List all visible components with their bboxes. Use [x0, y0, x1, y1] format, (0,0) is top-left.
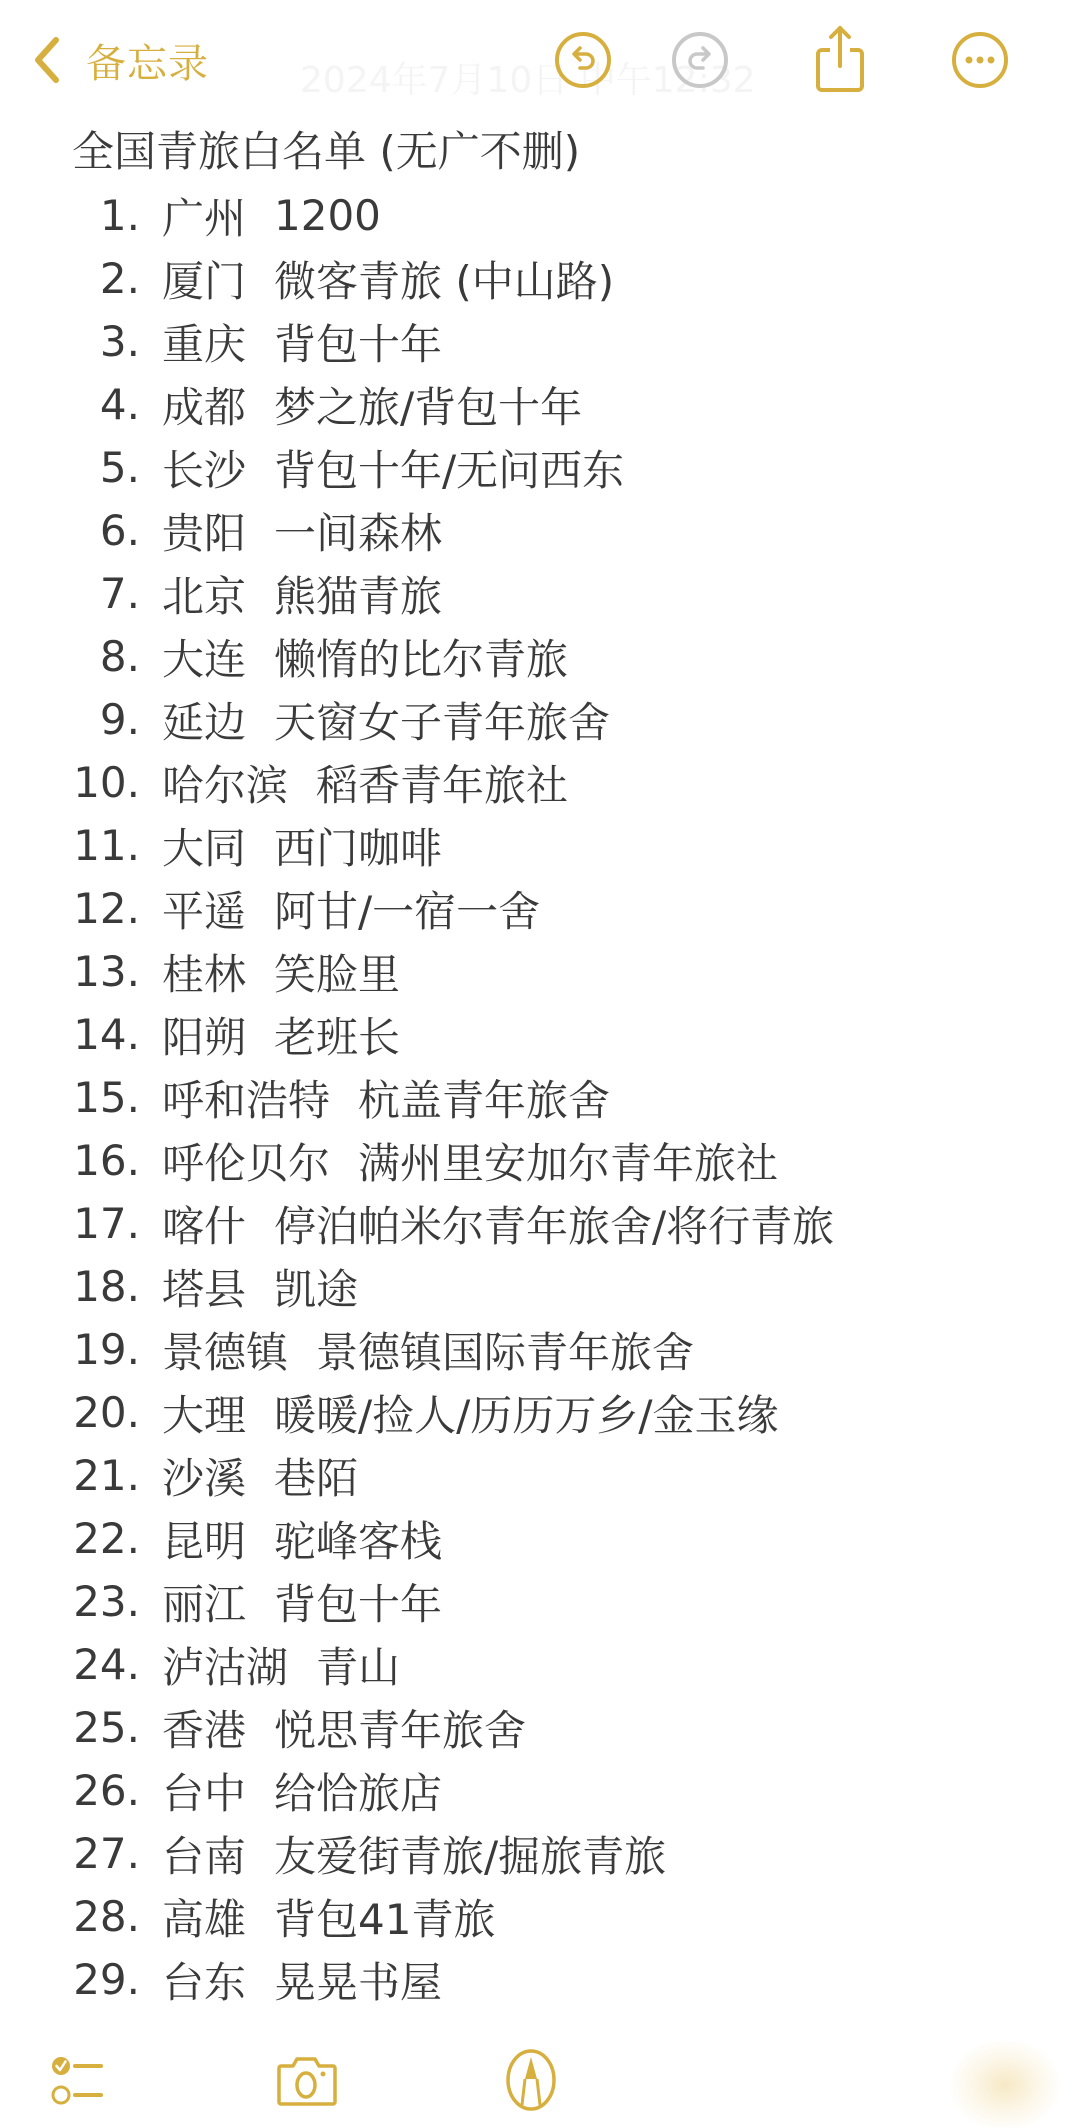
item-hostel: 笑脸里 — [274, 942, 400, 1002]
list-item: 24.泸沽湖青山 — [0, 1633, 1000, 1696]
compose-button[interactable] — [950, 2040, 1060, 2128]
list-item: 14.阳朔老班长 — [0, 1003, 1000, 1066]
checklist-button[interactable] — [42, 2045, 112, 2115]
item-city: 塔县 — [162, 1257, 246, 1317]
item-city: 成都 — [162, 375, 246, 435]
undo-button[interactable] — [553, 30, 613, 90]
item-city: 台南 — [162, 1824, 246, 1884]
share-button[interactable] — [810, 22, 870, 94]
item-number: 26. — [0, 1766, 140, 1815]
list-item: 12.平遥阿甘/一宿一舍 — [0, 877, 1000, 940]
item-city: 昆明 — [162, 1509, 246, 1569]
checklist-icon — [47, 2050, 107, 2110]
list-item: 2.厦门微客青旅 (中山路) — [0, 247, 1000, 310]
item-number: 22. — [0, 1514, 140, 1563]
item-city: 大连 — [162, 627, 246, 687]
undo-icon — [553, 30, 613, 90]
item-hostel: 悦思青年旅舍 — [274, 1698, 526, 1758]
item-city: 哈尔滨 — [162, 753, 288, 813]
redo-button[interactable] — [670, 30, 730, 90]
list-item: 15.呼和浩特杭盖青年旅舍 — [0, 1066, 1000, 1129]
item-hostel: 景德镇国际青年旅舍 — [316, 1320, 694, 1380]
list-item: 6.贵阳一间森林 — [0, 499, 1000, 562]
item-city: 桂林 — [162, 942, 246, 1002]
item-city: 香港 — [162, 1698, 246, 1758]
item-number: 7. — [0, 569, 140, 618]
item-city: 平遥 — [162, 879, 246, 939]
list-item: 8.大连懒惰的比尔青旅 — [0, 625, 1000, 688]
markup-button[interactable] — [496, 2045, 566, 2115]
item-number: 17. — [0, 1199, 140, 1248]
item-number: 15. — [0, 1073, 140, 1122]
item-city: 广州 — [162, 186, 246, 246]
item-number: 24. — [0, 1640, 140, 1689]
item-city: 大理 — [162, 1383, 246, 1443]
camera-icon — [275, 2050, 339, 2110]
item-hostel: 天窗女子青年旅舍 — [274, 690, 610, 750]
item-hostel: 懒惰的比尔青旅 — [274, 627, 568, 687]
item-hostel: 凯途 — [274, 1257, 358, 1317]
camera-button[interactable] — [272, 2045, 342, 2115]
item-number: 4. — [0, 380, 140, 429]
list-item: 19.景德镇景德镇国际青年旅舍 — [0, 1318, 1000, 1381]
item-hostel: 满州里安加尔青年旅社 — [358, 1131, 778, 1191]
item-city: 贵阳 — [162, 501, 246, 561]
item-number: 6. — [0, 506, 140, 555]
list-item: 20.大理暖暖/捡人/历历万乡/金玉缘 — [0, 1381, 1000, 1444]
chevron-left-icon — [30, 34, 64, 86]
item-city: 重庆 — [162, 312, 246, 372]
list-item: 16.呼伦贝尔满州里安加尔青年旅社 — [0, 1129, 1000, 1192]
list-item: 21.沙溪巷陌 — [0, 1444, 1000, 1507]
item-number: 11. — [0, 821, 140, 870]
item-hostel: 老班长 — [274, 1005, 400, 1065]
list-item: 11.大同西门咖啡 — [0, 814, 1000, 877]
list-item: 17.喀什停泊帕米尔青年旅舍/将行青旅 — [0, 1192, 1000, 1255]
markup-pen-icon — [503, 2047, 559, 2113]
list-item: 7.北京熊猫青旅 — [0, 562, 1000, 625]
list-item: 5.长沙背包十年/无问西东 — [0, 436, 1000, 499]
item-hostel: 稻香青年旅社 — [316, 753, 568, 813]
redo-icon — [670, 30, 730, 90]
item-hostel: 熊猫青旅 — [274, 564, 442, 624]
share-icon — [810, 22, 870, 94]
item-number: 27. — [0, 1829, 140, 1878]
item-city: 呼伦贝尔 — [162, 1131, 330, 1191]
item-hostel: 暖暖/捡人/历历万乡/金玉缘 — [274, 1383, 778, 1443]
item-city: 台东 — [162, 1950, 246, 2010]
item-hostel: 晃晃书屋 — [274, 1950, 442, 2010]
list-item: 25.香港悦思青年旅舍 — [0, 1696, 1000, 1759]
item-city: 景德镇 — [162, 1320, 288, 1380]
note-title: 全国青旅白名单 (无广不删) — [72, 124, 580, 180]
item-city: 喀什 — [162, 1194, 246, 1254]
back-label: 备忘录 — [86, 32, 209, 89]
item-hostel: 背包41青旅 — [274, 1887, 495, 1947]
item-hostel: 梦之旅/背包十年 — [274, 375, 582, 435]
item-city: 高雄 — [162, 1887, 246, 1947]
item-city: 台中 — [162, 1761, 246, 1821]
item-city: 长沙 — [162, 438, 246, 498]
list-item: 18.塔县凯途 — [0, 1255, 1000, 1318]
item-hostel: 背包十年 — [274, 312, 442, 372]
item-hostel: 背包十年 — [274, 1572, 442, 1632]
item-city: 泸沽湖 — [162, 1635, 288, 1695]
list-item: 29.台东晃晃书屋 — [0, 1948, 1000, 2011]
back-button[interactable]: 备忘录 — [30, 30, 209, 90]
list-item: 13.桂林笑脸里 — [0, 940, 1000, 1003]
item-number: 3. — [0, 317, 140, 366]
item-number: 9. — [0, 695, 140, 744]
item-hostel: 停泊帕米尔青年旅舍/将行青旅 — [274, 1194, 834, 1254]
item-city: 延边 — [162, 690, 246, 750]
item-number: 16. — [0, 1136, 140, 1185]
item-hostel: 一间森林 — [274, 501, 442, 561]
item-city: 厦门 — [162, 249, 246, 309]
item-number: 10. — [0, 758, 140, 807]
item-number: 28. — [0, 1892, 140, 1941]
list-item: 10.哈尔滨稻香青年旅社 — [0, 751, 1000, 814]
item-city: 呼和浩特 — [162, 1068, 330, 1128]
item-hostel: 杭盖青年旅舍 — [358, 1068, 610, 1128]
item-hostel: 微客青旅 (中山路) — [274, 249, 614, 309]
item-hostel: 巷陌 — [274, 1446, 358, 1506]
item-hostel: 驼峰客栈 — [274, 1509, 442, 1569]
more-button[interactable] — [950, 30, 1010, 90]
item-number: 12. — [0, 884, 140, 933]
item-hostel: 1200 — [274, 191, 381, 240]
item-hostel: 给恰旅店 — [274, 1761, 442, 1821]
list-item: 4.成都梦之旅/背包十年 — [0, 373, 1000, 436]
item-number: 5. — [0, 443, 140, 492]
item-city: 沙溪 — [162, 1446, 246, 1506]
list-item: 3.重庆背包十年 — [0, 310, 1000, 373]
bottom-toolbar — [0, 2030, 1080, 2128]
item-number: 19. — [0, 1325, 140, 1374]
item-hostel: 友爱街青旅/掘旅青旅 — [274, 1824, 666, 1884]
list-item: 28.高雄背包41青旅 — [0, 1885, 1000, 1948]
more-icon — [950, 30, 1010, 90]
item-number: 13. — [0, 947, 140, 996]
list-item: 26.台中给恰旅店 — [0, 1759, 1000, 1822]
item-number: 20. — [0, 1388, 140, 1437]
item-number: 8. — [0, 632, 140, 681]
navigation-bar: 备忘录 2024年7月10日 中午12:32 — [0, 0, 1080, 110]
item-hostel: 西门咖啡 — [274, 816, 442, 876]
item-city: 大同 — [162, 816, 246, 876]
item-hostel: 背包十年/无问西东 — [274, 438, 624, 498]
item-hostel: 青山 — [316, 1635, 400, 1695]
list-item: 23.丽江背包十年 — [0, 1570, 1000, 1633]
item-city: 阳朔 — [162, 1005, 246, 1065]
item-number: 21. — [0, 1451, 140, 1500]
item-number: 25. — [0, 1703, 140, 1752]
list-item: 9.延边天窗女子青年旅舍 — [0, 688, 1000, 751]
item-number: 18. — [0, 1262, 140, 1311]
item-number: 2. — [0, 254, 140, 303]
item-hostel: 阿甘/一宿一舍 — [274, 879, 540, 939]
item-number: 14. — [0, 1010, 140, 1059]
list-item: 22.昆明驼峰客栈 — [0, 1507, 1000, 1570]
list-item: 1.广州1200 — [0, 184, 1000, 247]
item-city: 丽江 — [162, 1572, 246, 1632]
list-item: 27.台南友爱街青旅/掘旅青旅 — [0, 1822, 1000, 1885]
item-number: 23. — [0, 1577, 140, 1626]
item-number: 1. — [0, 191, 140, 240]
item-city: 北京 — [162, 564, 246, 624]
item-number: 29. — [0, 1955, 140, 2004]
